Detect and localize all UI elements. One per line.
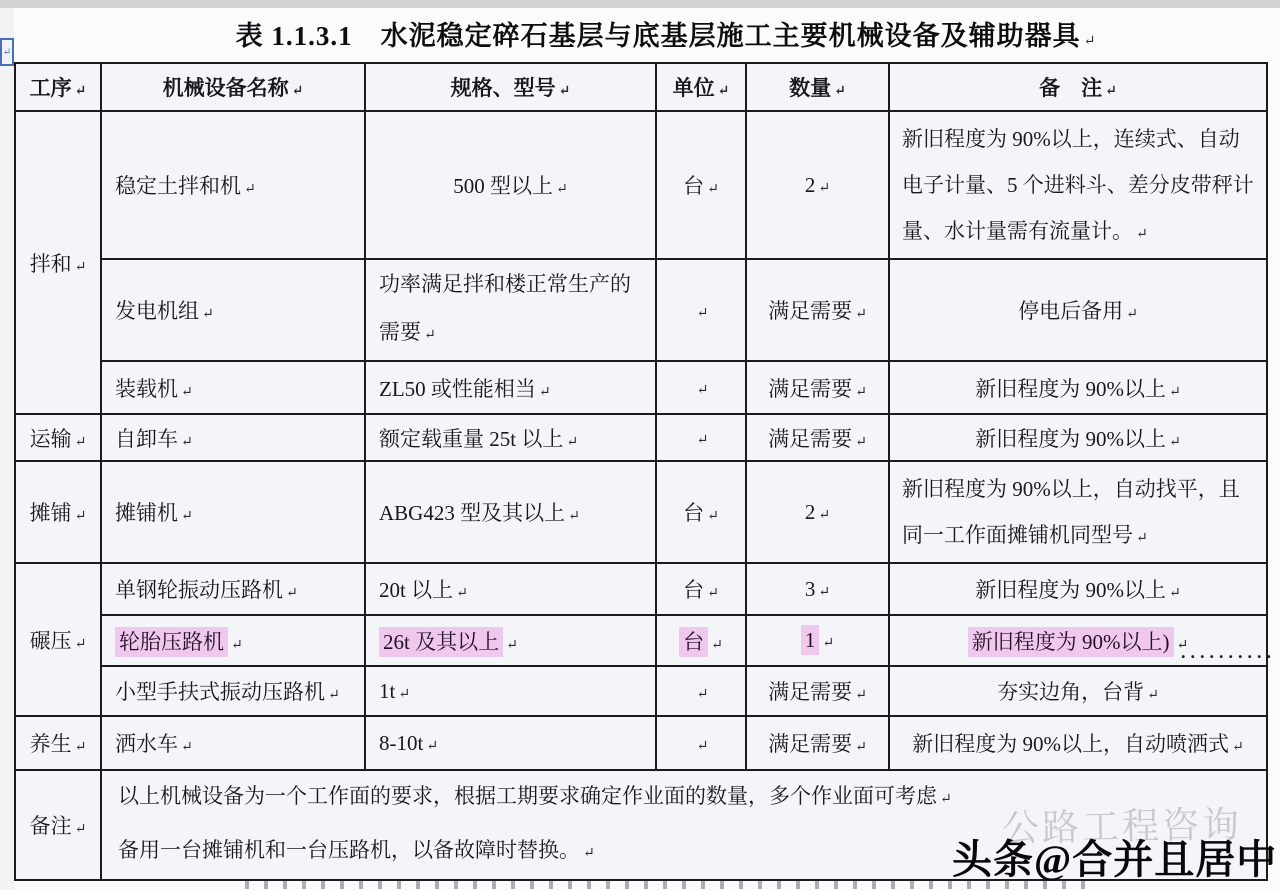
stage-label: 拌和: [30, 252, 72, 276]
paragraph-mark: ↵: [75, 822, 87, 837]
paragraph-mark: ↵: [75, 260, 87, 275]
equipment-name: 洒水车: [115, 732, 178, 756]
note-text: 新旧程度为 90%以上: [975, 427, 1166, 451]
paragraph-mark: ↵: [855, 307, 867, 322]
cell-stage[interactable]: 运输↵: [15, 414, 101, 461]
stage-label: 摊铺: [30, 501, 72, 525]
cell-name[interactable]: 发电机组↵: [101, 259, 365, 361]
unit-text: 台: [683, 578, 704, 602]
table-row: 碾压↵ 单钢轮振动压路机↵ 20t 以上↵ 台↵ 3↵ 新旧程度为 90%以上↵: [15, 563, 1267, 615]
paragraph-mark: ↵: [697, 739, 709, 754]
paragraph-mark: ↵: [286, 586, 298, 601]
paragraph-mark: ↵: [556, 182, 568, 197]
cell-qty[interactable]: 3↵: [746, 563, 889, 615]
paragraph-mark: ↵: [583, 846, 595, 861]
paragraph-mark: ↵: [1126, 307, 1138, 322]
cell-note[interactable]: 新旧程度为 90%以上↵: [889, 563, 1267, 615]
paragraph-mark: ↵: [697, 306, 709, 321]
header-equipment-name[interactable]: 机械设备名称↵: [101, 63, 365, 111]
qty-text: 满足需要: [768, 680, 852, 704]
table-row-highlighted: 轮胎压路机↵ 26t 及其以上↵ 台↵ 1↵ 新旧程度为 90%以上)↵....…: [15, 615, 1267, 666]
qty-text: 3: [805, 577, 816, 601]
paragraph-mark: ↵: [181, 509, 193, 524]
note-text: 新旧程度为 90%以上: [975, 578, 1166, 602]
cell-spec[interactable]: ZL50 或性能相当↵: [365, 361, 656, 414]
qty-text: 满足需要: [768, 377, 852, 401]
paragraph-mark: ↵: [1169, 586, 1181, 601]
equipment-name: 单钢轮振动压路机: [115, 578, 283, 602]
paragraph-mark: ↵: [1169, 385, 1181, 400]
header-label: 工序: [30, 76, 72, 100]
paragraph-mark: ↵: [818, 508, 830, 523]
cell-note[interactable]: 新旧程度为 90%以上)↵..........: [889, 615, 1267, 666]
paragraph-mark: ↵: [566, 435, 578, 450]
header-unit[interactable]: 单位↵: [656, 63, 746, 111]
cell-note[interactable]: 停电后备用↵: [889, 259, 1267, 361]
paragraph-mark: ↵: [456, 586, 468, 601]
spec-text: 1t: [379, 679, 395, 703]
table-row: 养生↵ 洒水车↵ 8-10t↵ ↵ 满足需要↵ 新旧程度为 90%以上，自动喷洒…: [15, 716, 1267, 770]
unit-text: 台: [683, 174, 704, 198]
cell-note[interactable]: 新旧程度为 90%以上↵: [889, 414, 1267, 461]
qty-text: 满足需要: [768, 299, 852, 323]
paragraph-mark: ↵: [940, 792, 952, 807]
unit-text: 台: [679, 627, 708, 657]
paragraph-mark: ↵: [855, 435, 867, 450]
qty-text: 满足需要: [768, 427, 852, 451]
table-row: 小型手扶式振动压路机↵ 1t↵ ↵ 满足需要↵ 夯实边角，台背↵: [15, 666, 1267, 716]
paragraph-mark: ↵: [1169, 435, 1181, 450]
header-label: 机械设备名称: [163, 76, 289, 100]
cell-stage[interactable]: 拌和↵: [15, 111, 101, 414]
paragraph-mark: ↵: [707, 509, 719, 524]
table-header-row: 工序↵ 机械设备名称↵ 规格、型号↵ 单位↵ 数量↵ 备 注↵: [15, 63, 1267, 111]
paragraph-mark: ↵: [855, 688, 867, 703]
paragraph-mark: ↵: [75, 740, 87, 755]
paragraph-mark: ↵: [718, 84, 730, 99]
cell-note[interactable]: 夯实边角，台背↵: [889, 666, 1267, 716]
equipment-name: 装载机: [115, 377, 178, 401]
cell-spec[interactable]: ABG423 型及其以上↵: [365, 461, 656, 563]
window-top-strip: [0, 0, 1280, 8]
cell-stage[interactable]: 碾压↵: [15, 563, 101, 716]
cell-spec[interactable]: 额定载重量 25t 以上↵: [365, 414, 656, 461]
header-quantity[interactable]: 数量↵: [746, 63, 889, 111]
paragraph-mark: ↵: [244, 182, 256, 197]
paragraph-mark: ↵: [75, 509, 87, 524]
cell-qty[interactable]: 满足需要↵: [746, 361, 889, 414]
note-text: 新旧程度为 90%以上，自动找平，且同一工作面摊铺机同型号: [902, 477, 1240, 547]
paragraph-mark: ↵: [697, 687, 709, 702]
cell-stage[interactable]: 摊铺↵: [15, 461, 101, 563]
cell-spec[interactable]: 500 型以上↵: [365, 111, 656, 259]
doc-title-text: 表 1.1.3.1 水泥稳定碎石基层与底基层施工主要机械设备及辅助器具: [236, 21, 1081, 51]
equipment-name: 小型手扶式振动压路机: [115, 680, 325, 704]
equipment-name: 发电机组: [115, 299, 199, 323]
remark-text: 以上机械设备为一个工作面的要求，根据工期要求确定作业面的数量，多个作业面可考虑: [118, 784, 937, 808]
stage-label: 养生: [30, 732, 72, 756]
table-row: 拌和↵ 稳定土拌和机↵ 500 型以上↵ 台↵ 2↵ 新旧程度为 90%以上，连…: [15, 111, 1267, 259]
paragraph-mark: ↵: [1147, 688, 1159, 703]
doc-title[interactable]: 表 1.1.3.1 水泥稳定碎石基层与底基层施工主要机械设备及辅助器具↵: [0, 14, 1280, 53]
paragraph-mark: ↵: [181, 385, 193, 400]
spec-text: ZL50 或性能相当: [379, 377, 536, 401]
cell-spec[interactable]: 功率满足拌和楼正常生产的需要↵: [365, 259, 656, 361]
spec-text: 26t 及其以上: [379, 627, 503, 657]
paragraph-mark: ↵: [398, 687, 410, 702]
paragraph-mark: ↵: [1105, 84, 1117, 99]
paragraph-mark: ↵: [328, 688, 340, 703]
cell-qty[interactable]: 满足需要↵: [746, 666, 889, 716]
header-label: 规格、型号: [451, 76, 556, 100]
table-row: 装载机↵ ZL50 或性能相当↵ ↵ 满足需要↵ 新旧程度为 90%以上↵: [15, 361, 1267, 414]
paragraph-mark: ↵: [697, 433, 709, 448]
paragraph-mark: ↵: [231, 638, 243, 653]
cell-name[interactable]: 自卸车↵: [101, 414, 365, 461]
header-spec-model[interactable]: 规格、型号↵: [365, 63, 656, 111]
paragraph-mark: ↵: [426, 739, 438, 754]
paragraph-mark: ↵: [568, 509, 580, 524]
spec-text: 500 型以上: [453, 174, 553, 198]
cell-name[interactable]: 稳定土拌和机↵: [101, 111, 365, 259]
paragraph-mark: ↵: [818, 181, 830, 196]
qty-text: 满足需要: [768, 732, 852, 756]
paragraph-mark: ↵: [292, 84, 304, 99]
paragraph-mark: ↵: [707, 182, 719, 197]
cell-qty[interactable]: 2↵: [746, 111, 889, 259]
left-margin: [0, 8, 14, 890]
cell-note[interactable]: 新旧程度为 90%以上，自动找平，且同一工作面摊铺机同型号↵: [889, 461, 1267, 563]
cell-name[interactable]: 轮胎压路机↵: [101, 615, 365, 666]
cell-name[interactable]: 装载机↵: [101, 361, 365, 414]
paragraph-mark: ↵: [707, 586, 719, 601]
equipment-name: 稳定土拌和机: [115, 174, 241, 198]
header-label: 数量: [789, 76, 831, 100]
paragraph-mark: ↵: [75, 637, 87, 652]
paragraph-mark: ↵: [181, 435, 193, 450]
spec-text: 8-10t: [379, 731, 423, 755]
paragraph-mark: ↵: [1136, 531, 1148, 546]
cell-unit[interactable]: 台↵: [656, 461, 746, 563]
cell-spec[interactable]: 8-10t↵: [365, 716, 656, 770]
cell-unit[interactable]: ↵: [656, 414, 746, 461]
cell-name[interactable]: 洒水车↵: [101, 716, 365, 770]
cell-qty[interactable]: 2↵: [746, 461, 889, 563]
cell-stage[interactable]: 养生↵: [15, 716, 101, 770]
cell-unit[interactable]: ↵: [656, 259, 746, 361]
cell-unit[interactable]: ↵: [656, 716, 746, 770]
spec-text: ABG423 型及其以上: [379, 501, 565, 525]
cell-spec[interactable]: 20t 以上↵: [365, 563, 656, 615]
spec-text: 额定载重量 25t 以上: [379, 427, 563, 451]
cell-unit[interactable]: ↵: [656, 361, 746, 414]
equipment-name: 轮胎压路机: [115, 627, 228, 657]
cell-qty[interactable]: 1↵: [746, 615, 889, 666]
paragraph-mark: ↵: [202, 307, 214, 322]
cell-unit[interactable]: 台↵: [656, 615, 746, 666]
cell-spec[interactable]: 26t 及其以上↵: [365, 615, 656, 666]
paragraph-mark: ↵: [822, 636, 834, 651]
paragraph-mark: ↵: [818, 585, 830, 600]
remark-text: 备用一台摊铺机和一台压路机，以备故障时替换。: [118, 838, 580, 862]
header-label: 备 注: [1039, 76, 1102, 100]
paragraph-mark: ↵: [559, 84, 571, 99]
watermark-black: 头条@合并且居中: [952, 828, 1277, 885]
cell-qty[interactable]: 满足需要↵: [746, 716, 889, 770]
cell-name[interactable]: 小型手扶式振动压路机↵: [101, 666, 365, 716]
stage-label: 碾压: [30, 629, 72, 653]
cell-note[interactable]: 新旧程度为 90%以上，连续式、自动电子计量、5 个进料斗、差分皮带秤计量、水计…: [889, 111, 1267, 259]
paragraph-mark: ↵: [1084, 34, 1097, 49]
table-row: 摊铺↵ 摊铺机↵ ABG423 型及其以上↵ 台↵ 2↵ 新旧程度为 90%以上…: [15, 461, 1267, 563]
note-text: 新旧程度为 90%以上，自动喷洒式: [912, 732, 1229, 756]
note-text: 新旧程度为 90%以上): [968, 627, 1174, 657]
paragraph-mark: ↵: [834, 84, 846, 99]
paragraph-mark: ↵: [75, 84, 87, 99]
qty-text: 1: [801, 625, 820, 655]
cell-note[interactable]: 新旧程度为 90%以上，自动喷洒式↵: [889, 716, 1267, 770]
paragraph-mark: ↵: [539, 385, 551, 400]
cell-qty[interactable]: 满足需要↵: [746, 414, 889, 461]
header-label: 单位: [673, 76, 715, 100]
note-text: 停电后备用: [1018, 299, 1123, 323]
paragraph-mark: ↵: [424, 328, 436, 343]
cell-qty[interactable]: 满足需要↵: [746, 259, 889, 361]
equipment-name: 自卸车: [115, 427, 178, 451]
cell-name[interactable]: 摊铺机↵: [101, 461, 365, 563]
table-row: 发电机组↵ 功率满足拌和楼正常生产的需要↵ ↵ 满足需要↵ 停电后备用↵: [15, 259, 1267, 361]
cell-note[interactable]: 新旧程度为 90%以上↵: [889, 361, 1267, 414]
equipment-table: 工序↵ 机械设备名称↵ 规格、型号↵ 单位↵ 数量↵ 备 注↵ 拌和↵ 稳定土拌…: [14, 62, 1268, 881]
spec-text: 功率满足拌和楼正常生产的需要: [379, 272, 631, 344]
note-text: 新旧程度为 90%以上: [975, 377, 1166, 401]
paragraph-mark: ↵: [1232, 740, 1244, 755]
paragraph-mark: ↵: [75, 435, 87, 450]
paragraph-mark: ↵: [697, 383, 709, 398]
equipment-name: 摊铺机: [115, 501, 178, 525]
qty-text: 2: [805, 500, 816, 524]
cell-unit[interactable]: 台↵: [656, 563, 746, 615]
cell-name[interactable]: 单钢轮振动压路机↵: [101, 563, 365, 615]
header-remarks[interactable]: 备 注↵: [889, 63, 1267, 111]
cell-unit[interactable]: ↵: [656, 666, 746, 716]
cell-stage[interactable]: 备注↵: [15, 770, 101, 880]
paragraph-mark: ↵: [855, 385, 867, 400]
stage-label: 备注: [30, 814, 72, 838]
spec-text: 20t 以上: [379, 578, 453, 602]
header-stage[interactable]: 工序↵: [15, 63, 101, 111]
note-text: 新旧程度为 90%以上，连续式、自动电子计量、5 个进料斗、差分皮带秤计量、水计…: [902, 127, 1254, 243]
cell-unit[interactable]: 台↵: [656, 111, 746, 259]
paragraph-mark: ↵: [711, 638, 723, 653]
paragraph-mark: ↵: [506, 638, 518, 653]
qty-text: 2: [805, 173, 816, 197]
stage-label: 运输: [30, 427, 72, 451]
paragraph-mark: ↵: [1136, 227, 1148, 242]
note-text: 夯实边角，台背: [997, 680, 1144, 704]
unit-text: 台: [683, 501, 704, 525]
table-row: 运输↵ 自卸车↵ 额定载重量 25t 以上↵ ↵ 满足需要↵ 新旧程度为 90%…: [15, 414, 1267, 461]
dotted-trail: ..........: [1181, 642, 1276, 663]
paragraph-mark: ↵: [855, 740, 867, 755]
cell-spec[interactable]: 1t↵: [365, 666, 656, 716]
paragraph-mark: ↵: [181, 740, 193, 755]
